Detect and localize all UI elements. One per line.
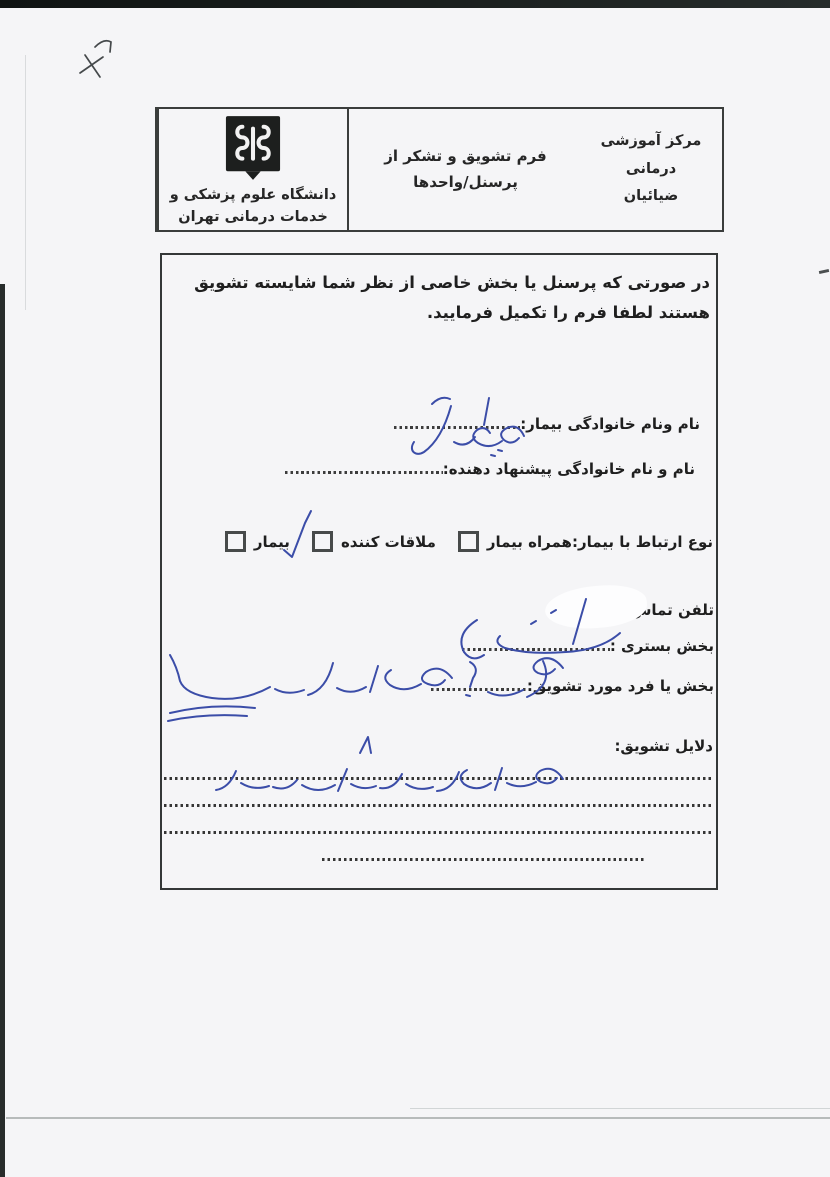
header-cell-title: فرم تشویق و تشکر از پرسنل/واحدها <box>347 109 582 230</box>
reasons-fill-line-2[interactable] <box>164 804 714 807</box>
scan-edge-tick <box>819 269 829 274</box>
scan-edge-left <box>0 284 5 1177</box>
reasons-fill-line-4[interactable] <box>322 858 646 861</box>
relation-type-label: نوع ارتباط با بیمار: <box>572 533 713 551</box>
header-table: دانشگاه علوم پزشکی و خدمات درمانی تهران … <box>155 107 724 232</box>
top-left-pen-mark <box>80 41 111 77</box>
patient-name-label: نام ونام خانوادگی بیمار: <box>520 415 700 433</box>
instruction-text: در صورتی که پرسنل یا بخش خاصی از نظر شما… <box>169 268 710 327</box>
patient-name-row: نام ونام خانوادگی بیمار: <box>394 415 700 433</box>
relation-option-companion-label: همراه بیمار <box>487 533 572 551</box>
target-label: بخش یا فرد مورد تشویق: <box>527 677 714 695</box>
university-seal-icon <box>224 115 282 181</box>
reasons-row: دلایل تشویق: <box>614 737 713 755</box>
scanned-form-page: دانشگاه علوم پزشکی و خدمات درمانی تهران … <box>0 0 830 1177</box>
university-name-line2: خدمات درمانی تهران <box>178 206 328 228</box>
reasons-fill-line-1[interactable] <box>164 777 714 780</box>
university-name-line1: دانشگاه علوم پزشکی و <box>170 184 337 206</box>
relation-type-row: نوع ارتباط با بیمار:همراه بیمار ملاقات ک… <box>217 531 713 552</box>
ward-row: بخش بستری : <box>462 637 714 655</box>
relation-option-visitor-label: ملاقات کننده <box>341 533 436 551</box>
reasons-fill-line-3[interactable] <box>164 831 714 834</box>
medical-center-line2: ضیائیان <box>582 183 720 211</box>
form-body-box: در صورتی که پرسنل یا بخش خاصی از نظر شما… <box>160 253 718 890</box>
scan-edge-top <box>0 0 830 8</box>
checkbox-companion[interactable] <box>458 531 479 552</box>
header-cell-center: مرکز آموزشی درمانی ضیائیان <box>582 109 720 230</box>
scan-artifact-line-2 <box>410 1108 830 1109</box>
checkbox-visitor[interactable] <box>312 531 333 552</box>
relation-option-patient-label: بیمار <box>254 533 290 551</box>
scan-artifact-vline <box>25 55 26 310</box>
scan-artifact-line <box>6 1117 830 1119</box>
ward-fill-line[interactable] <box>462 648 610 651</box>
proposer-name-row: نام و نام خانوادگی پیشنهاد دهنده: <box>285 460 695 478</box>
medical-center-line1: مرکز آموزشی درمانی <box>582 128 720 183</box>
proposer-name-label: نام و نام خانوادگی پیشنهاد دهنده: <box>443 460 695 478</box>
header-cell-university: دانشگاه علوم پزشکی و خدمات درمانی تهران <box>157 109 347 230</box>
checkbox-patient-checked[interactable] <box>225 531 246 552</box>
target-fill-line[interactable] <box>431 688 527 691</box>
patient-name-fill-line[interactable] <box>394 426 520 429</box>
reasons-label: دلایل تشویق: <box>614 737 713 755</box>
target-row: بخش یا فرد مورد تشویق: <box>431 677 714 695</box>
ward-label: بخش بستری : <box>610 637 714 655</box>
form-title: فرم تشویق و تشکر از پرسنل/واحدها <box>349 144 582 195</box>
proposer-name-fill-line[interactable] <box>285 471 443 474</box>
